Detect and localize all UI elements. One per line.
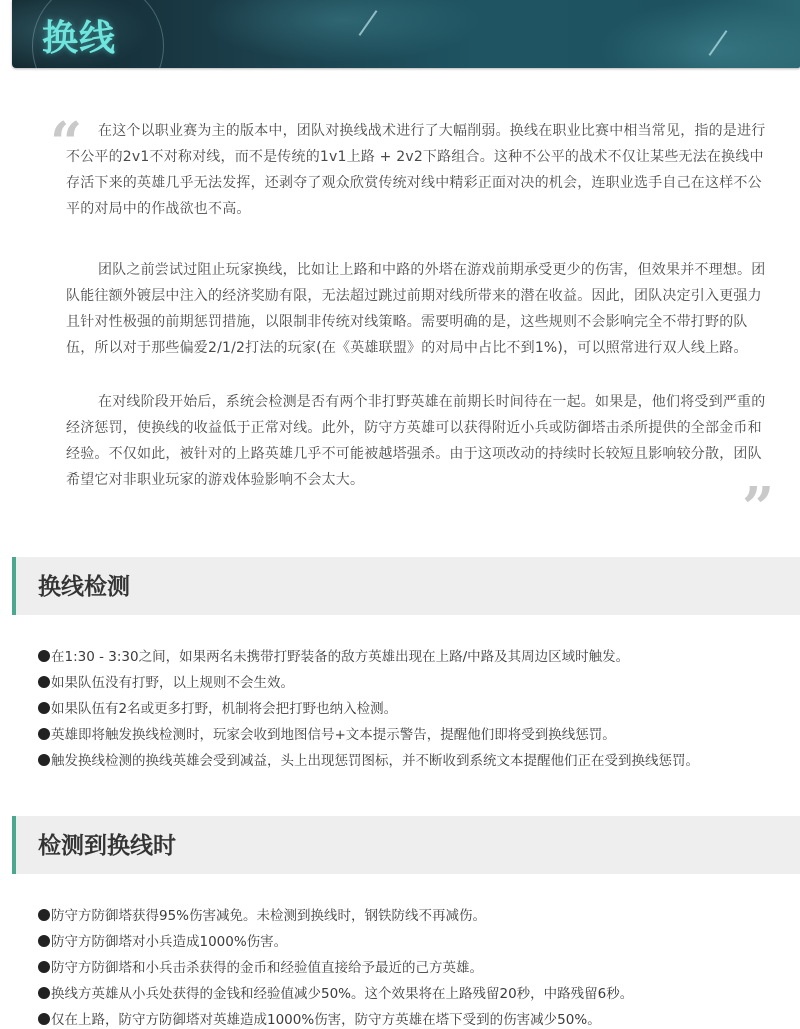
section-title: 检测到换线时 [38, 827, 176, 860]
bullet-icon [38, 935, 50, 947]
bullet-icon [38, 987, 50, 999]
page-title: 换线 [42, 10, 116, 61]
list-item: 在1:30 - 3:30之间，如果两名未携带打野装备的敌方英雄出现在上路/中路及… [38, 644, 798, 670]
bullet-list: 在1:30 - 3:30之间，如果两名未携带打野装备的敌方英雄出现在上路/中路及… [38, 644, 798, 774]
bullet-icon [38, 909, 50, 921]
bullet-icon [38, 676, 50, 688]
close-quote-icon: ” [742, 480, 774, 536]
intro-paragraph: 团队之前尝试过阻止玩家换线，比如让上路和中路的外塔在游戏前期承受更少的伤害，但效… [66, 257, 766, 361]
bullet-icon [38, 961, 50, 973]
bullet-icon [38, 702, 50, 714]
bullet-icon [38, 728, 50, 740]
intro-paragraph: 在这个以职业赛为主的版本中，团队对换线战术进行了大幅削弱。换线在职业比赛中相当常… [66, 118, 766, 222]
list-item: 防守方防御塔对小兵造成1000%伤害。 [38, 929, 798, 955]
list-item: 如果队伍没有打野，以上规则不会生效。 [38, 670, 798, 696]
intro-paragraph: 在对线阶段开始后，系统会检测是否有两个非打野英雄在前期长时间待在一起。如果是，他… [66, 389, 766, 493]
section-title: 换线检测 [38, 568, 130, 601]
list-item: 英雄即将触发换线检测时，玩家会收到地图信号+文本提示警告，提醒他们即将受到换线惩… [38, 722, 798, 748]
banner-decoration [359, 10, 378, 36]
list-item: 触发换线检测的换线英雄会受到减益，头上出现惩罚图标，并不断收到系统文本提醒他们正… [38, 748, 798, 774]
header-banner: 换线 [12, 0, 800, 68]
section-heading: 换线检测 [12, 557, 800, 615]
bullet-icon [38, 1013, 50, 1025]
list-item: 仅在上路，防守方防御塔对英雄造成1000%伤害，防守方英雄在塔下受到的伤害减少5… [38, 1007, 798, 1029]
banner-decoration [709, 30, 728, 56]
section-heading: 检测到换线时 [12, 816, 800, 874]
list-item: 防守方防御塔获得95%伤害减免。未检测到换线时，钢铁防线不再减伤。 [38, 903, 798, 929]
list-item: 换线方英雄从小兵处获得的金钱和经验值减少50%。这个效果将在上路残留20秒，中路… [38, 981, 798, 1007]
list-item: 防守方防御塔和小兵击杀获得的金币和经验值直接给予最近的己方英雄。 [38, 955, 798, 981]
list-item: 如果队伍有2名或更多打野，机制将会把打野也纳入检测。 [38, 696, 798, 722]
bullet-list: 防守方防御塔获得95%伤害减免。未检测到换线时，钢铁防线不再减伤。 防守方防御塔… [38, 903, 798, 1029]
bullet-icon [38, 754, 50, 766]
bullet-icon [38, 650, 50, 662]
